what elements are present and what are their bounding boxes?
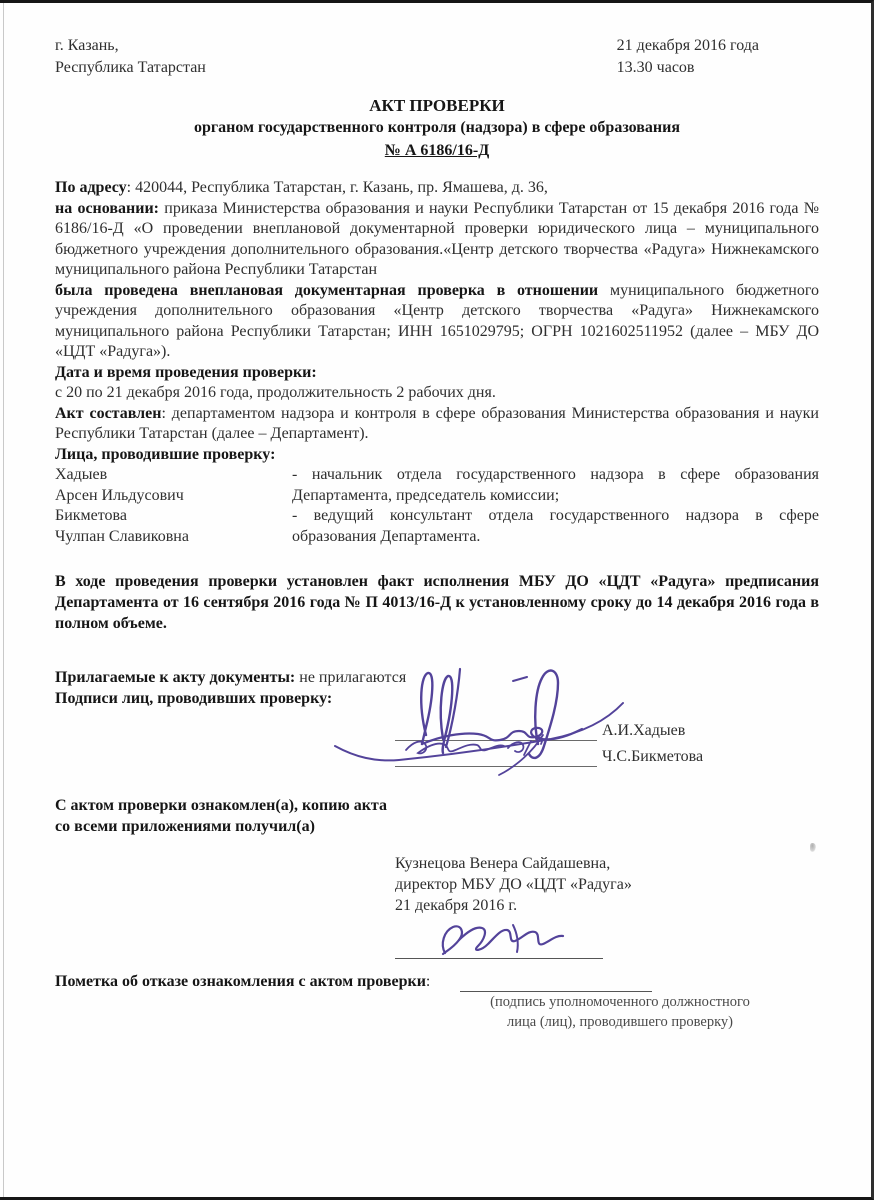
document-body: По адресу: 420044, Республика Татарстан,… bbox=[55, 178, 819, 547]
recipient-signature-line bbox=[395, 956, 603, 959]
scanned-document-page: г. Казань, Республика Татарстан 21 декаб… bbox=[0, 0, 874, 1200]
signatures-heading: Подписи лиц, проводивших проверку: bbox=[55, 688, 819, 709]
refusal-label: Пометка об отказе ознакомления с актом п… bbox=[55, 971, 430, 992]
header-place-region: Республика Татарстан bbox=[55, 57, 206, 79]
refusal-section: Пометка об отказе ознакомления с актом п… bbox=[55, 971, 819, 992]
recipient-position: директор МБУ ДО «ЦДТ «Радуга» bbox=[395, 874, 819, 895]
signature-row: Ч.С.Бикметова bbox=[395, 741, 819, 767]
inspector-role: - ведущий консультант отдела государстве… bbox=[292, 506, 819, 547]
document-title-block: АКТ ПРОВЕРКИ органом государственного ко… bbox=[55, 95, 819, 162]
paragraph-basis: на основании: приказа Министерства образ… bbox=[55, 199, 819, 281]
paragraph-persons-heading: Лица, проводившие проверку: bbox=[55, 445, 819, 466]
signature-line bbox=[395, 720, 597, 741]
paragraph-datetime-value: с 20 по 21 декабря 2016 года, продолжите… bbox=[55, 383, 819, 404]
signature-caption: (подпись уполномоченного должностного ли… bbox=[455, 992, 785, 1032]
refusal-signature-line bbox=[460, 973, 652, 992]
handwritten-signature-kuznetsova bbox=[417, 917, 567, 957]
recipient-block: Кузнецова Венера Сайдашевна, директор МБ… bbox=[395, 853, 819, 916]
signature-row: А.И.Хадыев bbox=[395, 715, 819, 741]
document-header: г. Казань, Республика Татарстан 21 декаб… bbox=[55, 35, 819, 79]
acknowledgment-heading: С актом проверки ознакомлен(а), копию ак… bbox=[55, 795, 819, 837]
signature-name: А.И.Хадыев bbox=[602, 721, 685, 741]
paragraph-address: По адресу: 420044, Республика Татарстан,… bbox=[55, 178, 819, 199]
paragraph-conducted: была проведена внеплановая документарная… bbox=[55, 281, 819, 363]
document-number: № А 6186/16-Д bbox=[55, 139, 819, 162]
signature-line bbox=[395, 746, 597, 767]
header-date: 21 декабря 2016 года bbox=[617, 35, 759, 57]
document-title: АКТ ПРОВЕРКИ bbox=[55, 95, 819, 117]
paragraph-composed: Акт составлен: департаментом надзора и к… bbox=[55, 404, 819, 445]
paragraph-datetime-heading: Дата и время проведения проверки: bbox=[55, 363, 819, 384]
inspector-name: Бикметова Чулпан Славиковна bbox=[55, 506, 292, 547]
attachments-section: Прилагаемые к акту документы: не прилага… bbox=[55, 667, 819, 709]
document-content: г. Казань, Республика Татарстан 21 декаб… bbox=[0, 3, 871, 1032]
inspector-signature-block: А.И.Хадыев Ч.С.Бикметова bbox=[395, 715, 819, 767]
conclusion-paragraph: В ходе проведения проверки установлен фа… bbox=[55, 571, 819, 634]
inspector-name: Хадыев Арсен Ильдусович bbox=[55, 465, 292, 506]
header-time: 13.30 часов bbox=[617, 57, 759, 79]
inspector-role: - начальник отдела государственного надз… bbox=[292, 465, 819, 506]
document-subtitle: органом государственного контроля (надзо… bbox=[55, 117, 819, 139]
header-place: г. Казань, Республика Татарстан bbox=[55, 35, 206, 79]
attachments-line: Прилагаемые к акту документы: не прилага… bbox=[55, 667, 819, 688]
header-place-city: г. Казань, bbox=[55, 35, 206, 57]
header-datetime: 21 декабря 2016 года 13.30 часов bbox=[617, 35, 759, 79]
recipient-date: 21 декабря 2016 г. bbox=[395, 895, 819, 916]
inspectors-table: Хадыев Арсен Ильдусович - начальник отде… bbox=[55, 465, 819, 547]
scan-artifact bbox=[810, 843, 816, 852]
recipient-name: Кузнецова Венера Сайдашевна, bbox=[395, 853, 819, 874]
signature-name: Ч.С.Бикметова bbox=[602, 747, 703, 767]
